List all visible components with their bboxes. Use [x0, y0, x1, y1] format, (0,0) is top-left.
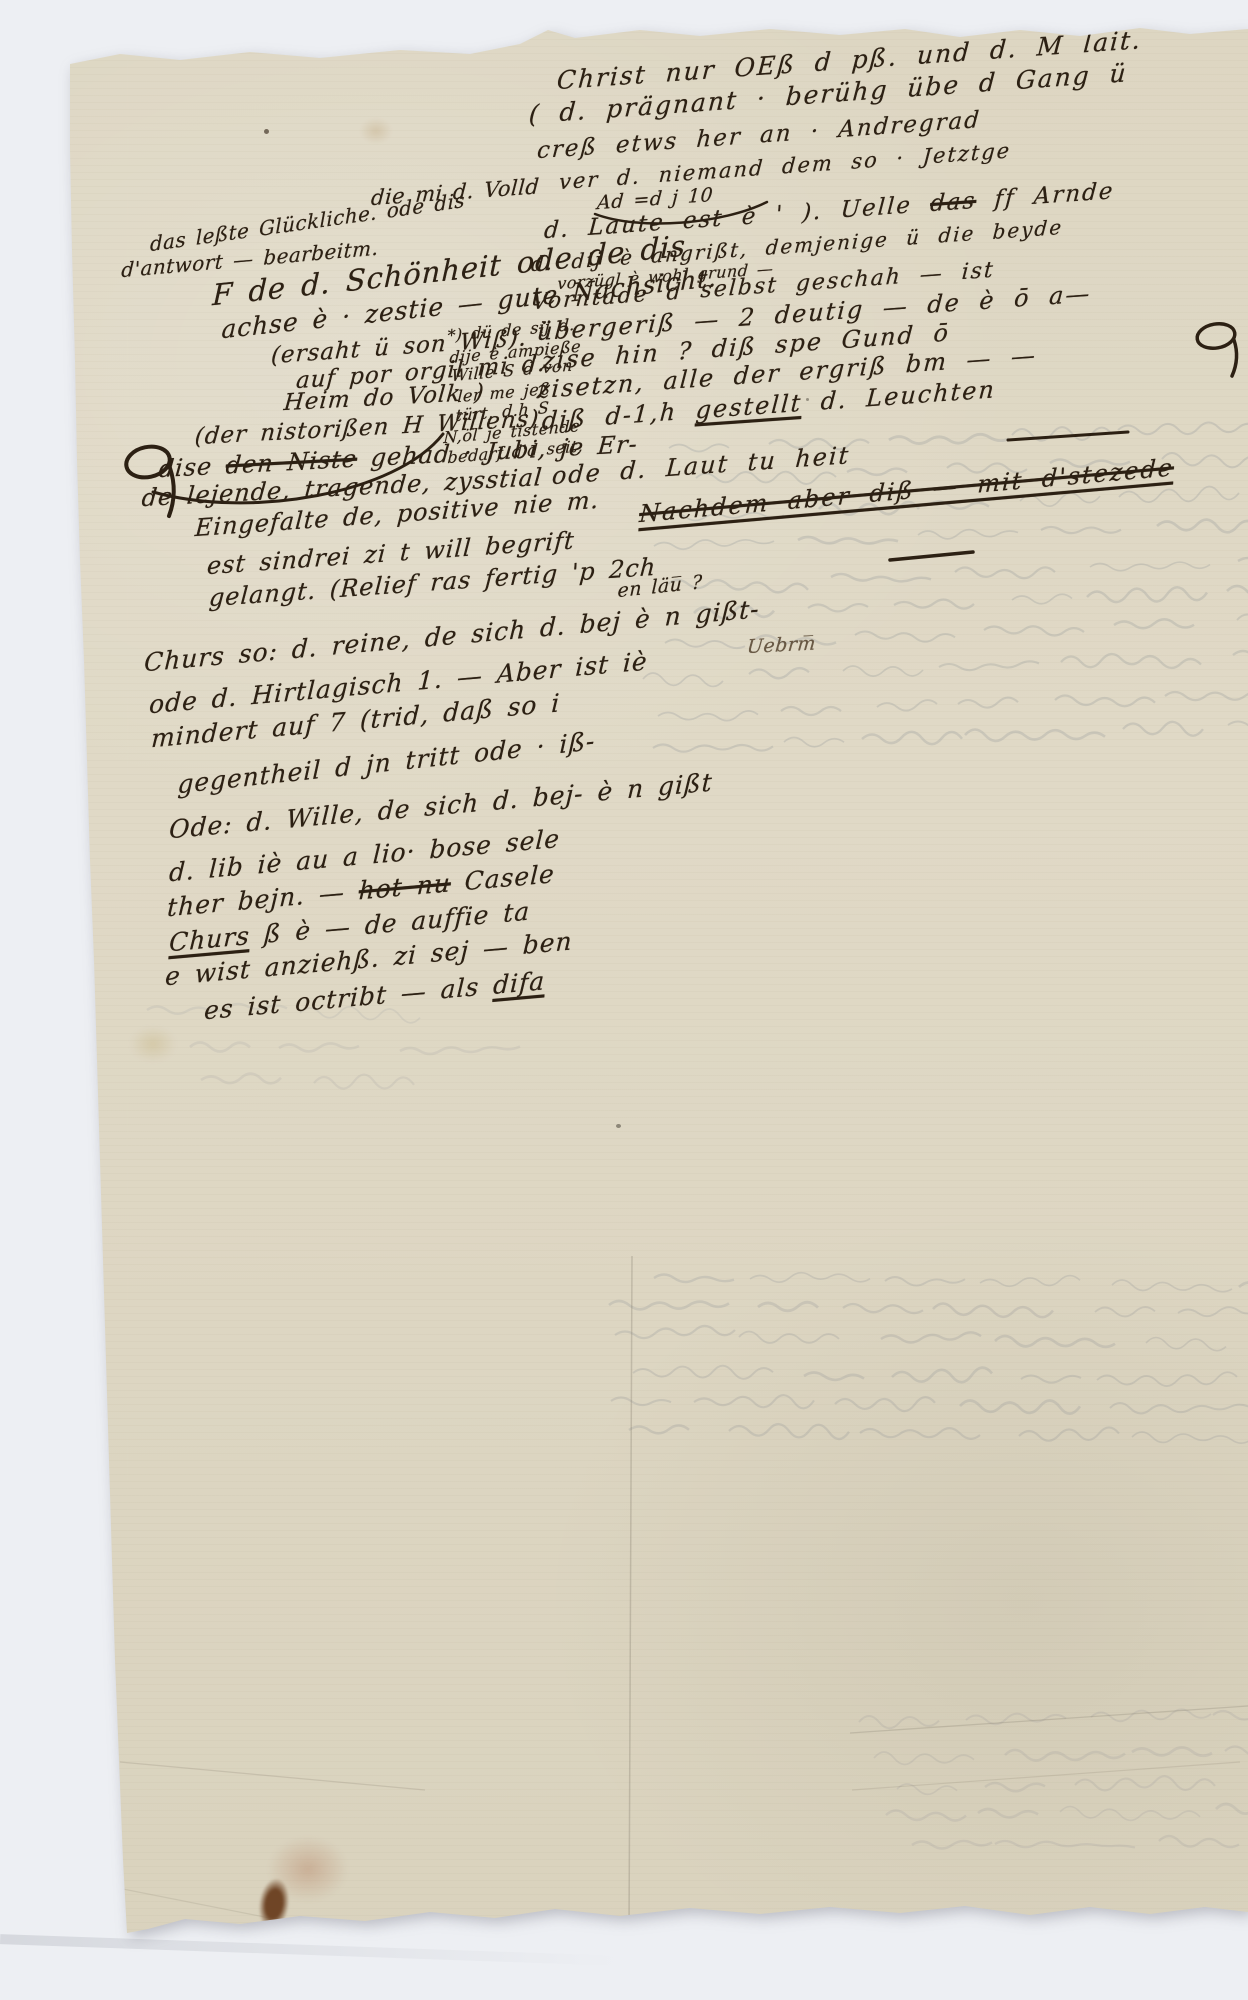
bleed-through-stroke — [939, 661, 1039, 670]
bleed-through-stroke — [729, 1424, 849, 1439]
bleed-through-stroke — [966, 1714, 1066, 1725]
bleed-through-stroke — [798, 537, 898, 543]
bleed-through-stroke — [1159, 1836, 1239, 1847]
bleed-through-stroke — [1225, 1744, 1248, 1755]
struck-fragment: das — [929, 188, 977, 217]
bleed-through-stroke — [1132, 1747, 1212, 1755]
bleed-through-stroke — [1233, 651, 1248, 659]
bleed-through-stroke — [750, 1273, 870, 1282]
bleed-through-stroke — [1178, 1307, 1248, 1316]
bleed-through-stroke — [1090, 562, 1210, 571]
bleed-through-stroke — [1162, 453, 1248, 467]
diagonal-crease — [850, 1706, 1248, 1733]
tan-blotch-stain — [360, 118, 392, 144]
bleed-through-stroke — [1012, 594, 1072, 603]
right-margin-mark-tail — [1232, 340, 1237, 376]
bleed-through-stroke — [1165, 692, 1248, 702]
bleed-through-stroke — [808, 604, 868, 611]
diagonal-crease — [852, 1762, 1240, 1790]
bleed-through-stroke — [1227, 586, 1248, 599]
bleed-through-stroke — [855, 632, 955, 642]
ink-underline-stroke — [1008, 432, 1128, 440]
struck-fragment: hot nu — [358, 868, 452, 905]
bleed-through-stroke — [1097, 1372, 1237, 1386]
bleed-through-stroke — [611, 1398, 671, 1406]
bleed-through-stroke — [1095, 1307, 1155, 1316]
ink-speck — [264, 129, 269, 134]
bleed-through-stroke — [1075, 1776, 1215, 1790]
bleed-through-stroke — [643, 673, 723, 686]
bleed-through-stroke — [1216, 1801, 1248, 1814]
diagonal-crease — [120, 1762, 425, 1790]
bleed-through-stroke — [862, 732, 962, 744]
bleed-through-stroke — [633, 1366, 773, 1379]
bleed-through-stroke — [835, 1397, 935, 1411]
bleed-through-stroke — [1055, 696, 1155, 707]
bleed-through-stroke — [894, 600, 974, 609]
line-fragment: Casele — [450, 859, 556, 897]
bleed-through-stroke — [1041, 527, 1121, 533]
bleed-through-stroke — [654, 1275, 734, 1283]
bleed-through-stroke — [1237, 614, 1248, 626]
bleed-through-stroke — [889, 434, 1009, 443]
bleed-through-stroke — [1238, 557, 1248, 564]
bleed-through-stroke — [843, 1304, 923, 1313]
bleed-through-stroke — [758, 1302, 818, 1311]
bleed-through-stroke — [1118, 423, 1248, 435]
underlined-fragment: gestellt — [695, 389, 803, 425]
bleed-through-stroke — [1005, 1750, 1125, 1760]
bleed-through-stroke — [749, 668, 809, 678]
bleed-through-stroke — [1012, 427, 1112, 441]
bleed-through-stroke — [804, 1373, 864, 1380]
bleed-through-stroke — [629, 1425, 689, 1433]
bleed-through-stroke — [201, 1074, 281, 1084]
bleed-through-stroke — [881, 1332, 981, 1342]
bleed-through-stroke — [658, 711, 758, 721]
bleed-through-stroke — [279, 1043, 359, 1051]
right-margin-mark-icon — [1195, 321, 1237, 351]
bleed-through-stroke — [1019, 1427, 1119, 1440]
bleed-through-stroke — [912, 1841, 992, 1849]
bleed-through-stroke — [694, 1395, 814, 1408]
bleed-through-stroke — [1114, 619, 1194, 628]
bleed-through-stroke — [784, 738, 844, 747]
bleed-through-stroke — [1091, 1709, 1211, 1721]
bleed-through-stroke — [1132, 1432, 1248, 1443]
ink-speck — [616, 1124, 621, 1128]
bleed-through-stroke — [918, 530, 1018, 539]
bleed-through-stroke — [1228, 719, 1248, 729]
bleed-through-stroke — [958, 698, 1018, 708]
bleed-through-stroke — [995, 1336, 1115, 1347]
bleed-through-stroke — [980, 1276, 1080, 1287]
bleed-through-stroke — [984, 626, 1084, 635]
bleed-through-stroke — [955, 567, 1055, 578]
bleed-through-stroke — [985, 1783, 1045, 1791]
bleed-through-stroke — [1021, 1376, 1081, 1383]
bleed-through-stroke — [739, 1332, 839, 1343]
bleed-through-stroke — [877, 700, 937, 711]
bleed-through-stroke — [653, 745, 773, 752]
bleed-through-stroke — [1119, 486, 1239, 502]
bleed-through-stroke — [929, 502, 989, 509]
bleed-through-stroke — [1123, 722, 1203, 736]
bleed-through-stroke — [1239, 1283, 1248, 1293]
bleed-through-stroke — [400, 1047, 520, 1054]
bleed-through-stroke — [995, 1841, 1135, 1847]
bleed-through-stroke — [860, 1428, 980, 1439]
line-fragment: dise — [158, 451, 228, 483]
bleed-through-stroke — [1061, 654, 1201, 668]
bleed-through-stroke — [1110, 1403, 1248, 1413]
bleed-through-stroke — [892, 1368, 992, 1383]
bleed-through-stroke — [897, 1784, 957, 1794]
bleed-through-stroke — [1020, 493, 1100, 506]
scanned-page: das leßte Glückliche. ode dis d'antwort … — [0, 0, 1248, 2000]
bleed-through-stroke — [1146, 1338, 1226, 1351]
manuscript-sheet: das leßte Glückliche. ode dis d'antwort … — [0, 0, 1248, 2000]
vertical-crease — [629, 1256, 632, 1935]
bleed-through-stroke — [615, 1326, 735, 1338]
handwritten-word-faint: Uebrm̅ — [746, 632, 817, 658]
diagonal-crease — [118, 1888, 330, 1930]
bleed-through-stroke — [1213, 1711, 1248, 1720]
bleed-through-stroke — [654, 540, 774, 549]
bleed-through-stroke — [781, 707, 841, 715]
bleed-through-stroke — [190, 1043, 250, 1052]
bleed-through-stroke — [874, 1752, 974, 1764]
bleed-through-stroke — [933, 1304, 1053, 1318]
bleed-through-stroke — [665, 640, 745, 649]
bleed-through-stroke — [1112, 1280, 1232, 1292]
bleed-through-stroke — [1157, 520, 1248, 533]
underlined-fragment: Churs — [168, 921, 250, 957]
bleed-through-stroke — [885, 1277, 965, 1286]
bleed-through-stroke — [1087, 587, 1207, 602]
bleed-through-stroke — [831, 574, 931, 581]
bleed-through-stroke — [965, 730, 1105, 741]
ink-dash-stroke — [890, 552, 973, 560]
bleed-through-stroke — [960, 1401, 1080, 1414]
bleed-through-stroke — [847, 469, 907, 475]
yellow-blotch-stain — [130, 1026, 176, 1062]
line-fragment: ff Arnde — [975, 178, 1115, 214]
ink-blot-stain — [256, 1876, 293, 1932]
bleed-through-stroke — [978, 1809, 1038, 1817]
bleed-through-stroke — [886, 1811, 966, 1821]
bleed-through-stroke — [609, 1301, 729, 1309]
bleed-through-stroke — [843, 666, 923, 676]
manuscript-sheet-wrap: das leßte Glückliche. ode dis d'antwort … — [0, 0, 1248, 2000]
bleed-through-stroke — [859, 1716, 939, 1728]
bleed-through-stroke — [314, 1075, 414, 1089]
rust-smudge-stain — [268, 1836, 348, 1902]
bleed-through-stroke — [1060, 1807, 1200, 1821]
underlined-fragment: difa — [492, 966, 546, 1000]
